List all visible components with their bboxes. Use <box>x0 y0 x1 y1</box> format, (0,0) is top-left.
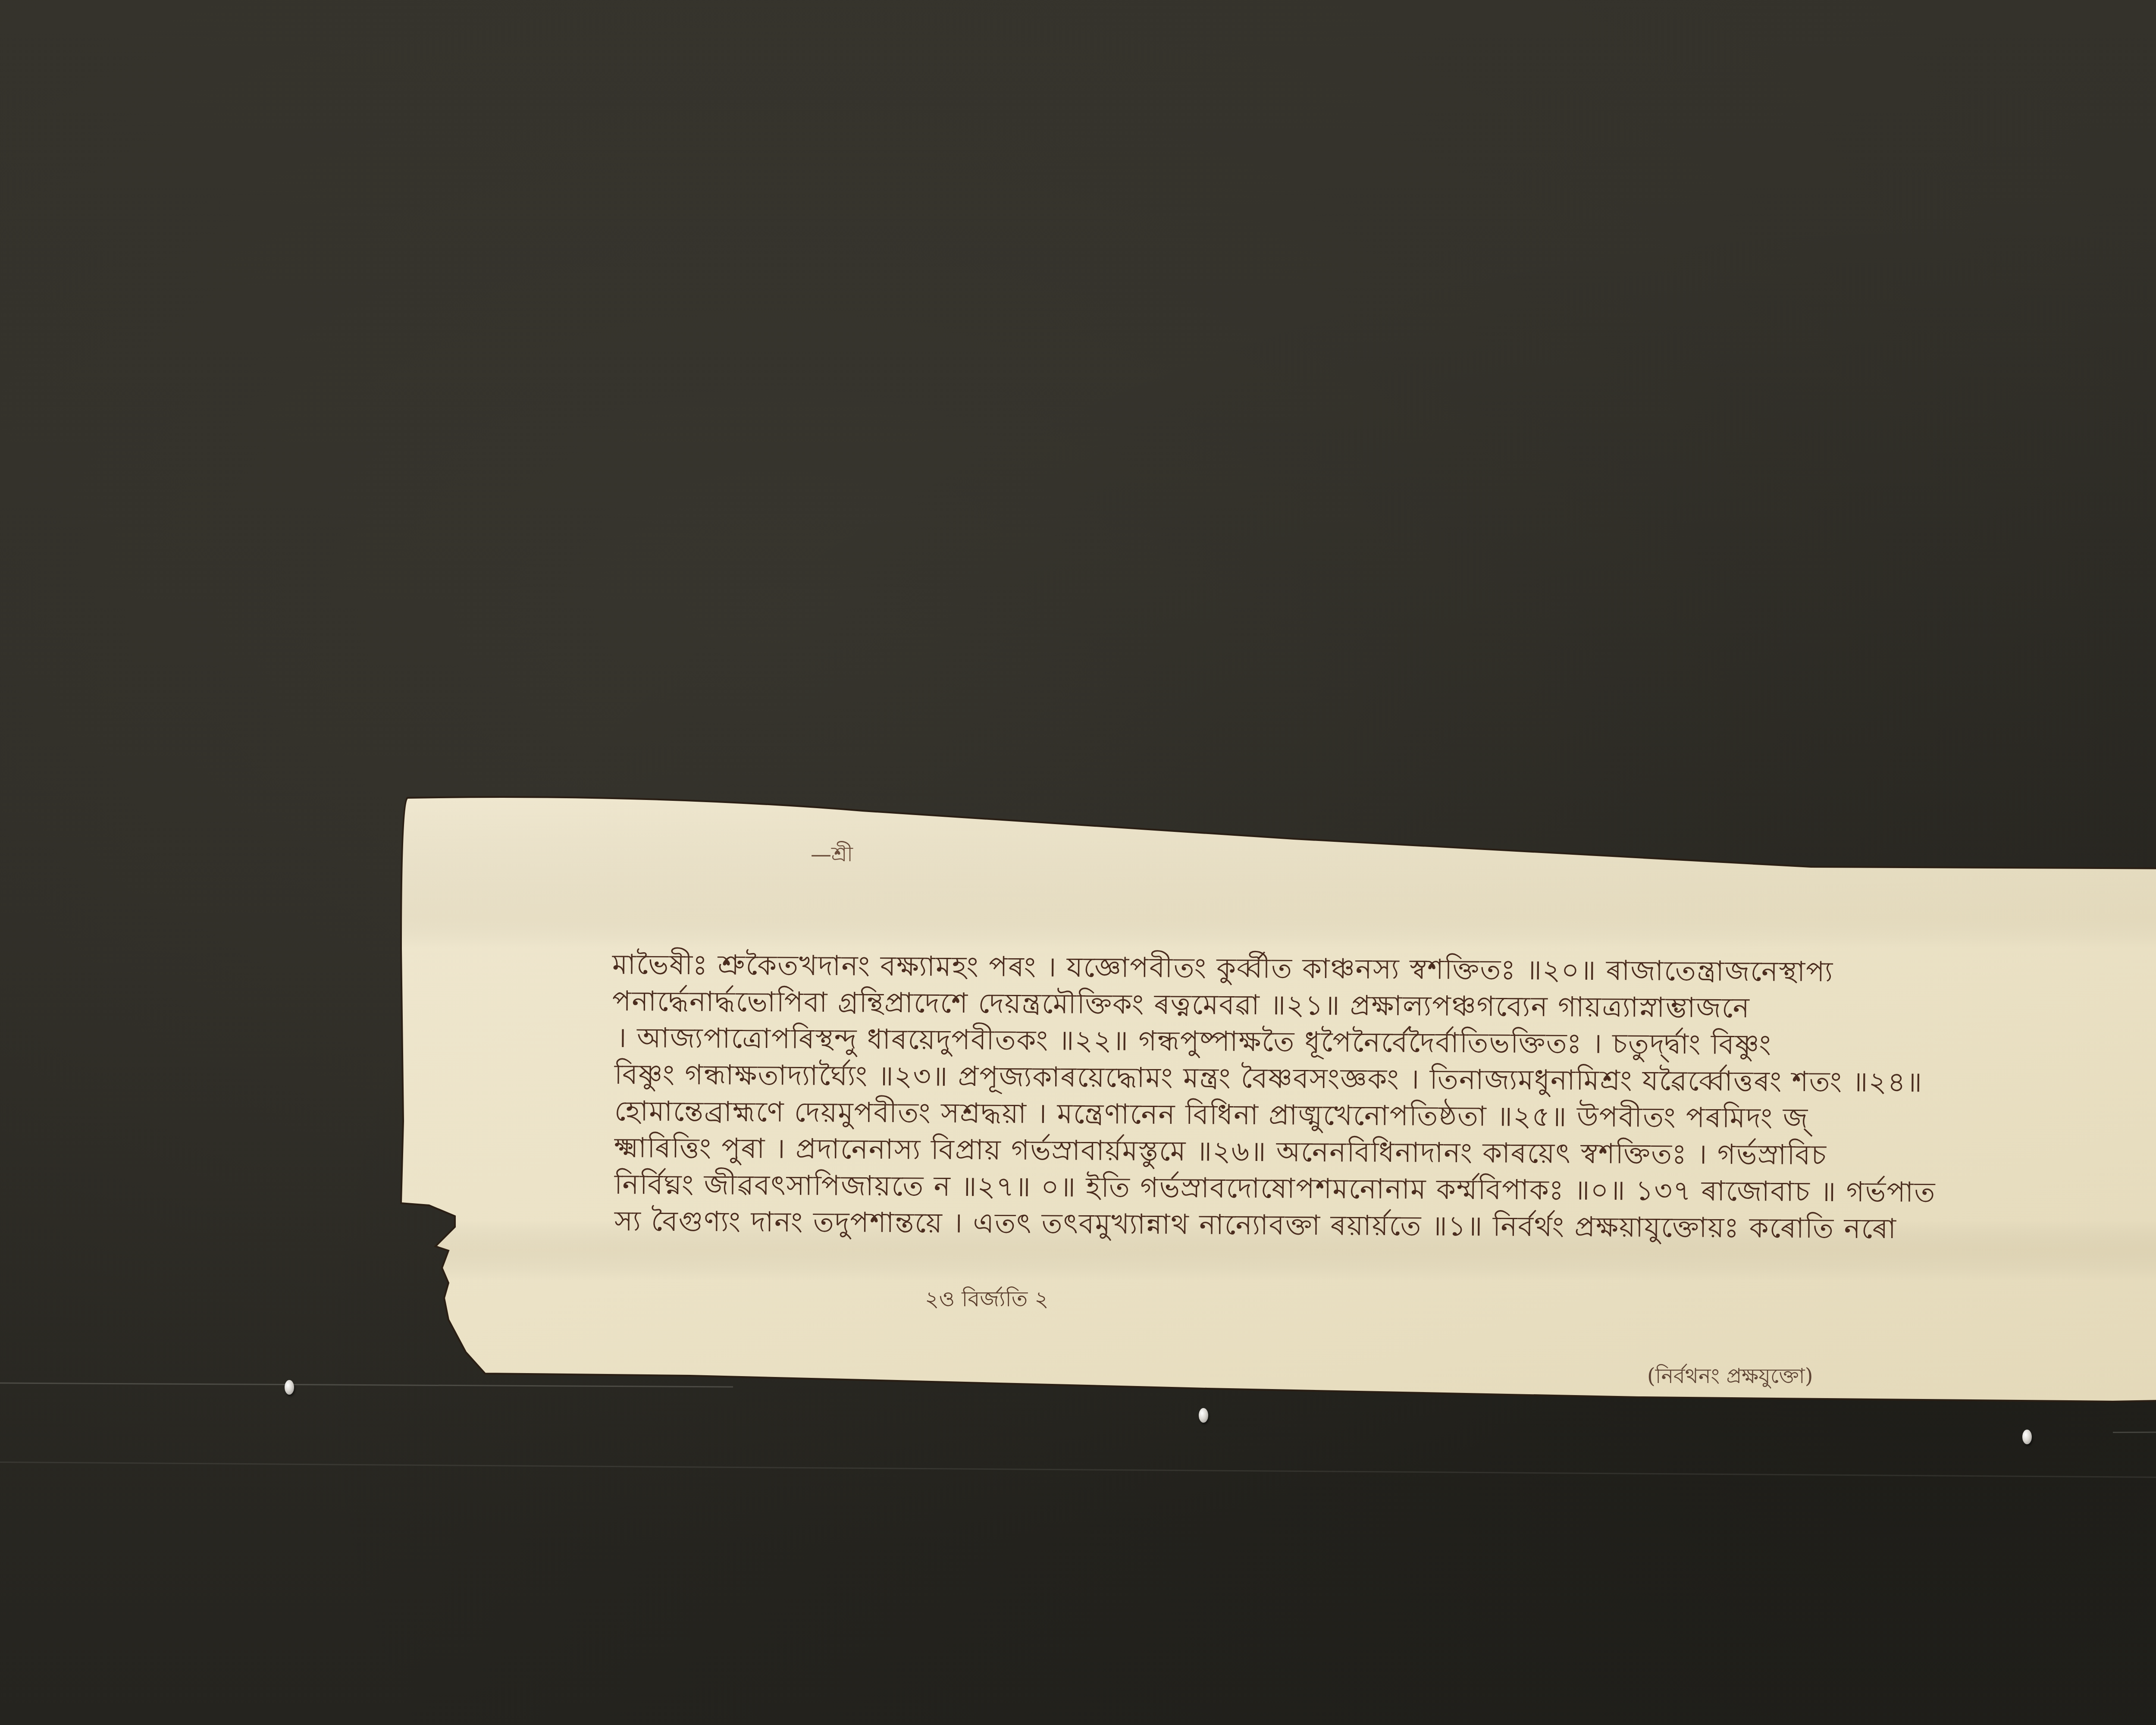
manuscript-line-4: বিষ্ণুং গন্ধাক্ষতাদ্যাৰ্ঘ্যৈং ॥২৩॥ প্ৰপূ… <box>614 1061 2156 1098</box>
colophon-text: ২ও বিৰ্জ্যতি ২ <box>925 1283 1049 1319</box>
top-invocation-mark: —শ্রী <box>811 839 853 873</box>
display-pin <box>2022 1430 2032 1444</box>
manuscript-line-6: ক্ষ্মাৰিত্তিং পুৰা । প্ৰদানেনাস্য বিপ্ৰা… <box>614 1134 2156 1171</box>
bottom-marginal-note: (নিৰ্বথনং প্ৰক্ষযুক্তো) <box>1647 1361 1813 1395</box>
display-pin <box>285 1380 294 1395</box>
manuscript-line-5: হোমান্তেব্ৰাহ্মণে দেয়মুপবীতং সশ্ৰদ্ধয়া… <box>614 1098 2156 1135</box>
display-pin <box>1199 1408 1208 1423</box>
manuscript-line-7: নিৰ্বিঘ্নং জীৱবৎসাপিজায়তে ন ॥২৭॥ ০॥ ইতি… <box>614 1171 2156 1208</box>
manuscript-text-area: —শ্রী মাভৈষীঃ শ্ৰুকৈতখদানং বক্ষ্যামহং পৰ… <box>0 0 2156 1725</box>
manuscript-line-1: মাভৈষীঃ শ্ৰুকৈতখদানং বক্ষ্যামহং পৰং । যজ… <box>612 951 2156 988</box>
manuscript-line-3: । আজ্যপাত্ৰোপৰিস্থন্দু ধাৰয়েদুপবীতকং ॥২… <box>617 1024 2156 1061</box>
manuscript-line-8: স্য বৈগুণ্যং দানং তদুপশান্তয়ে । এতৎ তৎব… <box>614 1207 2156 1245</box>
manuscript-line-2: পনার্দ্ধেনাৰ্দ্ধভোপিবা গ্ৰন্থিপ্ৰাদেশে দ… <box>612 988 2156 1025</box>
